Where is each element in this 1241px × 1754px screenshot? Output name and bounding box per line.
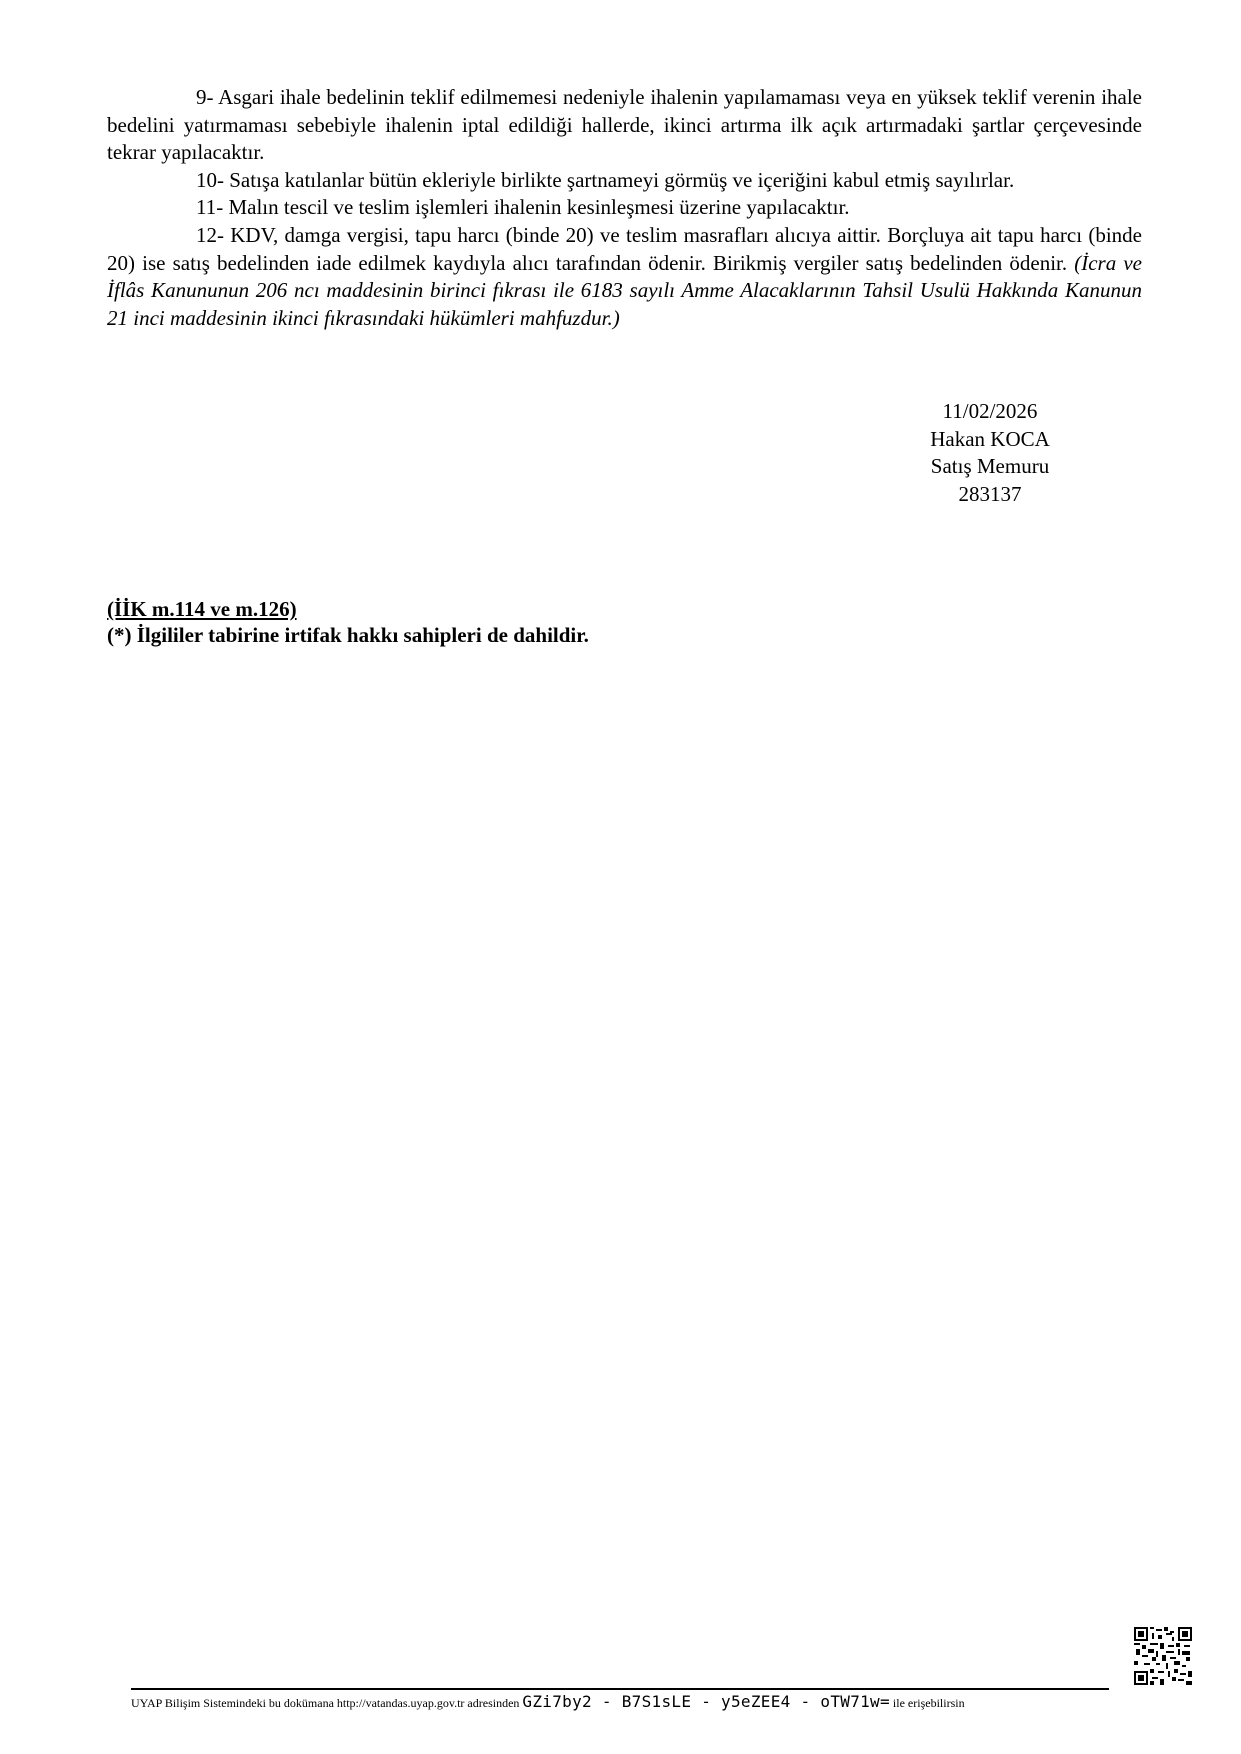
- uyap-footer: UYAP Bilişim Sistemindeki bu dokümana ht…: [131, 1693, 1131, 1712]
- paragraph-11: 11- Malın tescil ve teslim işlemleri iha…: [107, 194, 1142, 222]
- access-code: GZi7by2 - B7S1sLE - y5eZEE4 - oTW71w=: [522, 1692, 890, 1711]
- signature-name: Hakan KOCA: [880, 426, 1100, 454]
- document-page: 9- Asgari ihale bedelinin teklif edilmem…: [0, 0, 1241, 1754]
- qr-code-icon: [1134, 1627, 1192, 1685]
- document-body: 9- Asgari ihale bedelinin teklif edilmem…: [107, 84, 1142, 332]
- footer-prefix: UYAP Bilişim Sistemindeki bu dokümana ht…: [131, 1696, 519, 1710]
- footer-suffix: ile erişebilirsin: [893, 1696, 965, 1710]
- paragraph-12-main: 12- KDV, damga vergisi, tapu harcı (bind…: [107, 223, 1142, 275]
- signature-registry-no: 283137: [880, 481, 1100, 509]
- paragraph-12: 12- KDV, damga vergisi, tapu harcı (bind…: [107, 222, 1142, 332]
- signature-block: 11/02/2026 Hakan KOCA Satış Memuru 28313…: [880, 398, 1100, 508]
- signature-date: 11/02/2026: [880, 398, 1100, 426]
- paragraph-10: 10- Satışa katılanlar bütün ekleriyle bi…: [107, 167, 1142, 195]
- footnote: (*) İlgililer tabirine irtifak hakkı sah…: [107, 622, 589, 648]
- footer-divider: [131, 1688, 1109, 1690]
- law-reference: (İİK m.114 ve m.126): [107, 596, 589, 622]
- signature-title: Satış Memuru: [880, 453, 1100, 481]
- paragraph-9: 9- Asgari ihale bedelinin teklif edilmem…: [107, 84, 1142, 167]
- legal-notes: (İİK m.114 ve m.126) (*) İlgililer tabir…: [107, 596, 589, 648]
